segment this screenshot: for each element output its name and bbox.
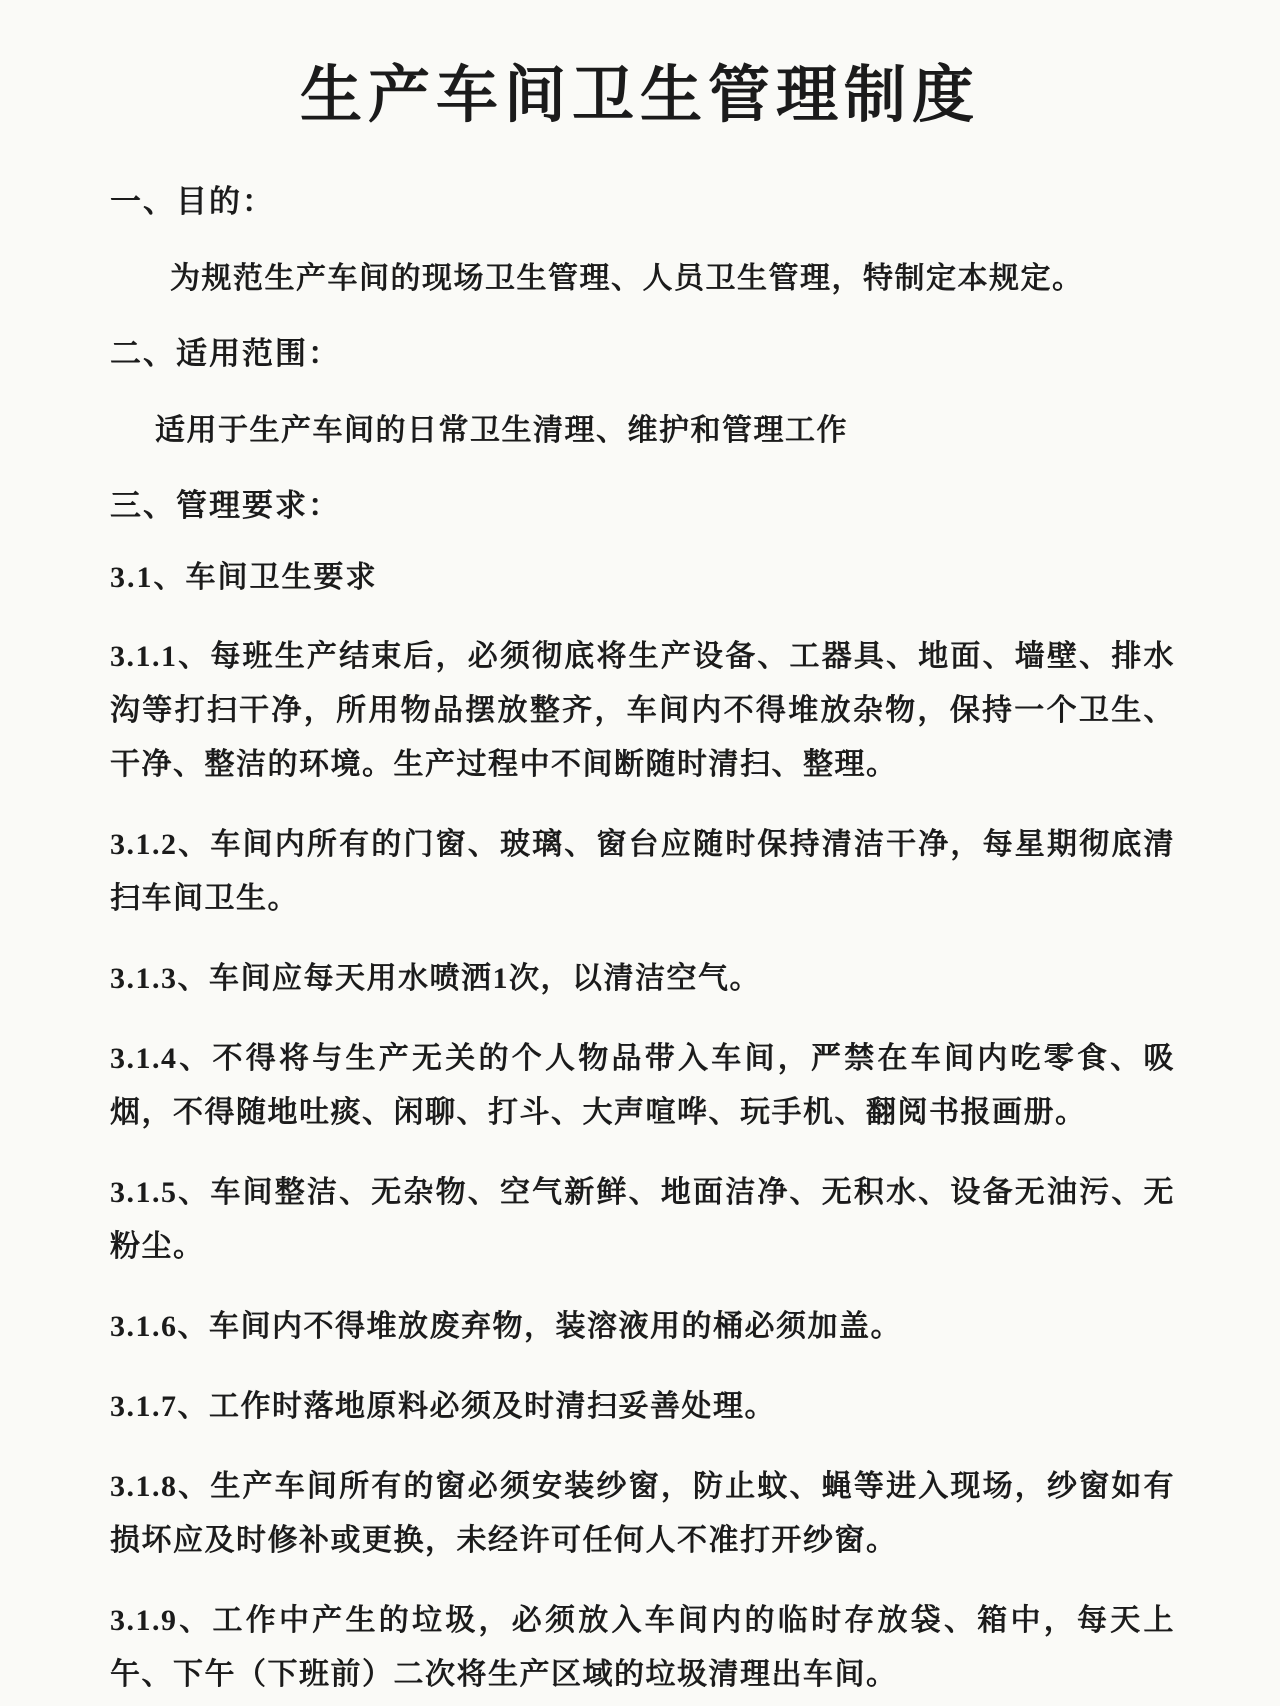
clause-3-1-9: 3.1.9、工作中产生的垃圾，必须放入车间内的临时存放袋、箱中，每天上午、下午（… xyxy=(110,1594,1175,1702)
document-page: 生产车间卫生管理制度 一、目的： 为规范生产车间的现场卫生管理、人员卫生管理，特… xyxy=(0,0,1280,1706)
subsection-heading-3-1: 3.1、车间卫生要求 xyxy=(110,556,1175,600)
clause-3-1-1: 3.1.1、每班生产结束后，必须彻底将生产设备、工器具、地面、墙壁、排水沟等打扫… xyxy=(110,630,1175,792)
paragraph-scope: 适用于生产车间的日常卫生清理、维护和管理工作 xyxy=(110,404,1175,458)
clause-3-1-7: 3.1.7、工作时落地原料必须及时清扫妥善处理。 xyxy=(110,1380,1175,1434)
clause-3-1-2: 3.1.2、车间内所有的门窗、玻璃、窗台应随时保持清洁干净，每星期彻底清扫车间卫… xyxy=(110,818,1175,926)
clause-3-1-6: 3.1.6、车间内不得堆放废弃物，装溶液用的桶必须加盖。 xyxy=(110,1300,1175,1354)
section-heading-requirements: 三、管理要求： xyxy=(110,484,1175,528)
document-body: 一、目的： 为规范生产车间的现场卫生管理、人员卫生管理，特制定本规定。 二、适用… xyxy=(0,180,1280,1702)
section-heading-purpose: 一、目的： xyxy=(110,180,1175,224)
document-title: 生产车间卫生管理制度 xyxy=(0,0,1280,136)
clause-3-1-8: 3.1.8、生产车间所有的窗必须安装纱窗，防止蚊、蝇等进入现场，纱窗如有损坏应及… xyxy=(110,1460,1175,1568)
paragraph-purpose: 为规范生产车间的现场卫生管理、人员卫生管理，特制定本规定。 xyxy=(110,252,1175,306)
clause-3-1-5: 3.1.5、车间整洁、无杂物、空气新鲜、地面洁净、无积水、设备无油污、无粉尘。 xyxy=(110,1166,1175,1274)
clause-3-1-3: 3.1.3、车间应每天用水喷洒1次，以清洁空气。 xyxy=(110,952,1175,1006)
section-heading-scope: 二、适用范围： xyxy=(110,332,1175,376)
clause-3-1-4: 3.1.4、不得将与生产无关的个人物品带入车间，严禁在车间内吃零食、吸烟，不得随… xyxy=(110,1032,1175,1140)
